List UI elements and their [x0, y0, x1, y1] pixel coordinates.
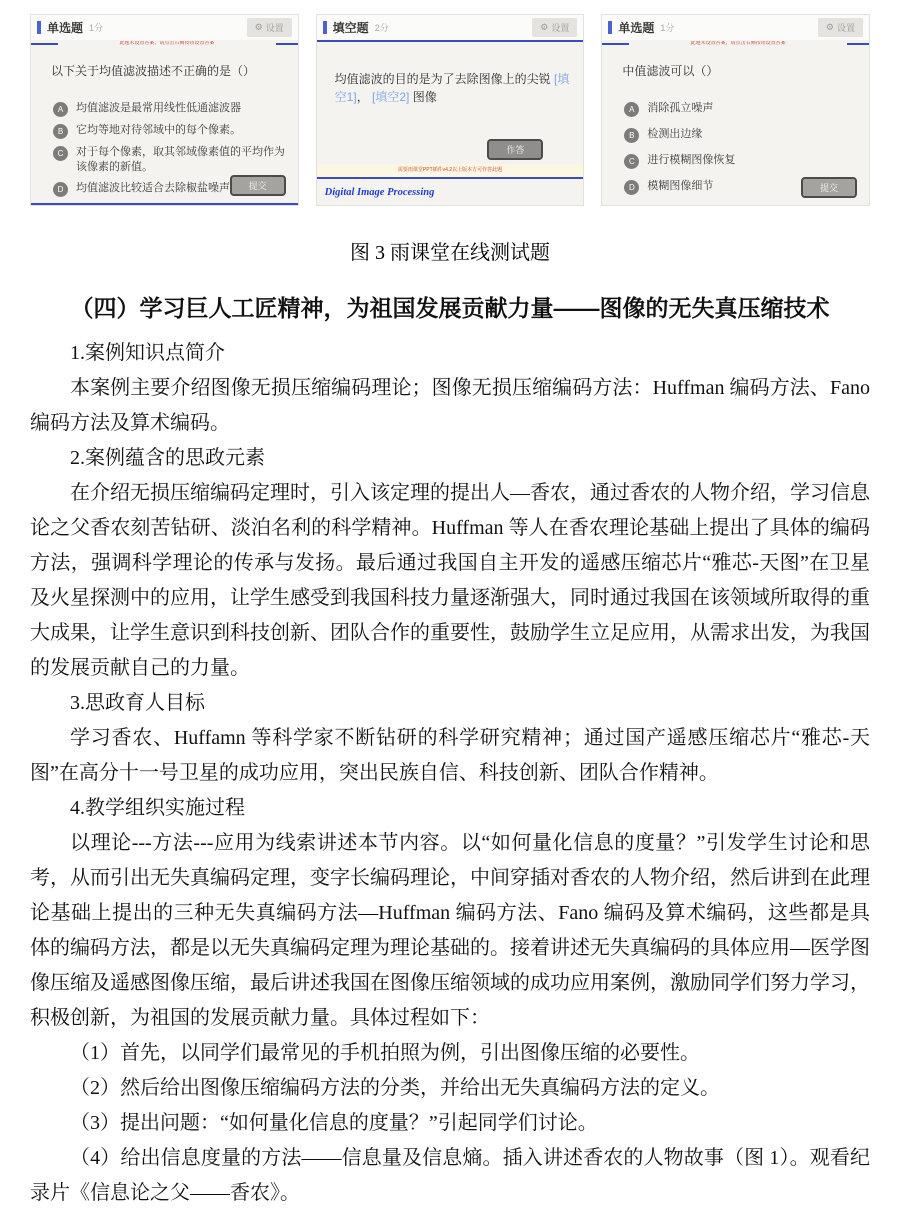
gear-icon: ⚙ — [255, 23, 263, 32]
option-letter-badge: D — [624, 180, 639, 195]
answer-notice-text: 此题未设置答案，请点击右侧按钮设置答案 — [629, 41, 847, 46]
title-accent-bar — [37, 21, 41, 34]
paragraph-2: 本案例主要介绍图像无损压缩编码理论；图像无损压缩编码方法：Huffman 编码方… — [30, 371, 870, 441]
paragraph-7: 4.教学组织实施过程 — [30, 791, 870, 826]
settings-button[interactable]: ⚙ 设置 — [247, 18, 292, 37]
figure-caption: 图 3 雨课堂在线测试题 — [0, 236, 900, 265]
paragraph-12: （4）给出信息度量的方法——信息量及信息熵。插入讲述香农的人物故事（图 1）。观… — [30, 1141, 870, 1211]
title-accent-bar — [323, 21, 327, 34]
quiz-card-single-choice-1: 单选题 1分 ⚙ 设置 此题未设置答案，请点击右侧按钮设置答案 以下关于均值滤波… — [30, 14, 299, 206]
question-type-label: 单选题 — [618, 19, 654, 36]
question-area: 均值滤波的目的是为了去除图像上的尖锐 [填空1]， [填空2] 图像 作答 — [317, 42, 584, 164]
option-a[interactable]: A 均值滤波是最常用线性低通滤波器 — [53, 101, 298, 117]
course-brand-text: Digital Image Processing — [325, 187, 435, 198]
section-heading: （四）学习巨人工匠精神，为祖国发展贡献力量——图像的无失真压缩技术 — [30, 290, 870, 323]
option-c[interactable]: C 进行模糊图像恢复 — [624, 153, 869, 169]
document-body: 1.案例知识点简介 本案例主要介绍图像无损压缩编码理论；图像无损压缩编码方法：H… — [30, 336, 870, 1211]
paragraph-8: 以理论---方法---应用为线索讲述本节内容。以“如何量化信息的度量？”引发学生… — [30, 826, 870, 1036]
question-text: 均值滤波的目的是为了去除图像上的尖锐 [填空1]， [填空2] 图像 — [335, 70, 570, 106]
option-text: 模糊图像细节 — [647, 179, 713, 194]
divider-line-left — [31, 43, 58, 45]
gear-icon: ⚙ — [540, 23, 548, 32]
card-footer: Digital Image Processing — [602, 205, 869, 206]
question-segment: ， — [357, 90, 372, 104]
question-points: 1分 — [89, 21, 103, 34]
option-letter-badge: C — [53, 146, 68, 161]
submit-button[interactable]: 提交 — [801, 177, 857, 198]
paragraph-3: 2.案例蕴含的思政元素 — [30, 441, 870, 476]
quiz-card-header: 单选题 1分 ⚙ 设置 — [602, 15, 869, 40]
plugin-notice-bar: 需要雨课堂PPT插件v4.2以上版本方可作答此题 — [317, 164, 584, 177]
question-segment: 图像 — [409, 90, 436, 104]
option-letter-badge: A — [53, 102, 68, 117]
paragraph-4: 在介绍无损压缩编码定理时，引入该定理的提出人—香农，通过香农的人物介绍，学习信息… — [30, 476, 870, 686]
settings-label: 设置 — [837, 21, 855, 34]
paragraph-9: （1）首先，以同学们最常见的手机拍照为例，引出图像压缩的必要性。 — [30, 1036, 870, 1071]
answer-notice-text: 此题未设置答案，请点击右侧按钮设置答案 — [58, 41, 276, 46]
settings-button[interactable]: ⚙ 设置 — [818, 18, 863, 37]
quiz-card-single-choice-2: 单选题 1分 ⚙ 设置 此题未设置答案，请点击右侧按钮设置答案 中值滤波可以（）… — [601, 14, 870, 206]
answer-button[interactable]: 作答 — [487, 139, 543, 160]
gear-icon: ⚙ — [826, 23, 834, 32]
blank-2-link[interactable]: [填空2] — [372, 90, 409, 104]
option-text: 消除孤立噪声 — [647, 101, 713, 116]
option-text: 均值滤波是最常用线性低通滤波器 — [76, 101, 241, 116]
divider-line-right — [276, 43, 298, 45]
paragraph-11: （3）提出问题：“如何量化信息的度量？”引起同学们讨论。 — [30, 1106, 870, 1141]
option-letter-badge: B — [624, 128, 639, 143]
option-c[interactable]: C 对于每个像素，取其邻域像素值的平均作为该像素的新值。 — [53, 145, 298, 175]
question-area: 以下关于均值滤波描述不正确的是（） A 均值滤波是最常用线性低通滤波器 B 它均… — [31, 47, 298, 203]
card-footer: Digital Image Processing — [317, 177, 584, 205]
quiz-card-header: 单选题 1分 ⚙ 设置 — [31, 15, 298, 40]
question-segment: 均值滤波的目的是为了去除图像上的尖锐 — [335, 72, 554, 86]
paragraph-1: 1.案例知识点简介 — [30, 336, 870, 371]
option-letter-badge: B — [53, 124, 68, 139]
quiz-card-fill-blank: 填空题 2分 ⚙ 设置 均值滤波的目的是为了去除图像上的尖锐 [填空1]， [填… — [316, 14, 585, 206]
answer-notice-divider: 此题未设置答案，请点击右侧按钮设置答案 — [602, 40, 869, 47]
option-text: 对于每个像素，取其邻域像素值的平均作为该像素的新值。 — [76, 145, 290, 175]
question-points: 2分 — [375, 21, 389, 34]
question-text: 中值滤波可以（） — [622, 62, 857, 80]
option-a[interactable]: A 消除孤立噪声 — [624, 101, 869, 117]
option-letter-badge: A — [624, 102, 639, 117]
question-area: 中值滤波可以（） A 消除孤立噪声 B 检测出边缘 C 进行模糊图像恢复 D 模… — [602, 47, 869, 205]
question-points: 1分 — [660, 21, 674, 34]
question-type-label: 填空题 — [333, 19, 369, 36]
card-footer: Digital Image Processing — [31, 203, 298, 206]
divider-line-right — [847, 43, 869, 45]
submit-button[interactable]: 提交 — [230, 175, 286, 196]
plugin-notice-text: 需要雨课堂PPT插件v4.2以上版本方可作答此题 — [398, 168, 502, 173]
option-letter-badge: C — [624, 154, 639, 169]
question-text: 以下关于均值滤波描述不正确的是（） — [51, 62, 286, 80]
paragraph-10: （2）然后给出图像压缩编码方法的分类，并给出无失真编码方法的定义。 — [30, 1071, 870, 1106]
settings-label: 设置 — [266, 21, 284, 34]
paragraph-6: 学习香农、Huffamn 等科学家不断钻研的科学研究精神；通过国产遥感压缩芯片“… — [30, 721, 870, 791]
option-letter-badge: D — [53, 182, 68, 197]
option-b[interactable]: B 检测出边缘 — [624, 127, 869, 143]
option-text: 均值滤波比较适合去除椒盐噪声。 — [76, 181, 241, 196]
quiz-card-header: 填空题 2分 ⚙ 设置 — [317, 15, 584, 40]
paragraph-5: 3.思政育人目标 — [30, 686, 870, 721]
answer-notice-divider: 此题未设置答案，请点击右侧按钮设置答案 — [31, 40, 298, 47]
title-accent-bar — [608, 21, 612, 34]
option-b[interactable]: B 它均等地对待邻域中的每个像素。 — [53, 123, 298, 139]
settings-button[interactable]: ⚙ 设置 — [532, 18, 577, 37]
question-type-label: 单选题 — [47, 19, 83, 36]
figure-3-screenshots: 单选题 1分 ⚙ 设置 此题未设置答案，请点击右侧按钮设置答案 以下关于均值滤波… — [0, 0, 900, 206]
option-text: 检测出边缘 — [647, 127, 702, 142]
divider-line-left — [602, 43, 629, 45]
option-text: 进行模糊图像恢复 — [647, 153, 735, 168]
settings-label: 设置 — [551, 21, 569, 34]
option-text: 它均等地对待邻域中的每个像素。 — [76, 123, 241, 138]
